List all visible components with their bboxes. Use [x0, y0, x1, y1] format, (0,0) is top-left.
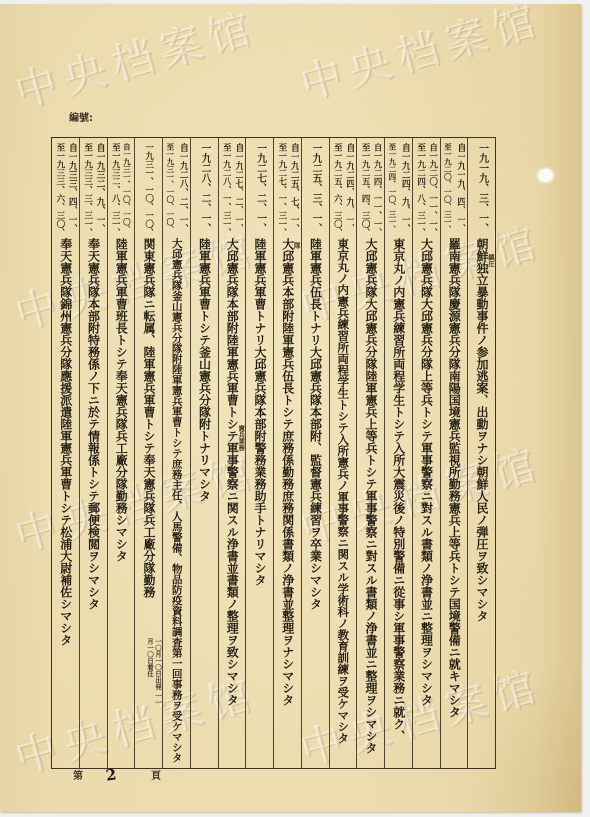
entry-description: 大邱憲兵隊本部附陸軍憲兵軍曹トシテ軍事警察ニ関スル浄書並書類ノ整理ヲ致シマシタ — [219, 238, 246, 763]
entry-date: 一九一九、三、一、 — [468, 143, 495, 237]
date-from: 自一九二四、一一、一、 — [371, 143, 382, 237]
record-entry: 自一九三一、一〇、一〇、至一九三二、八、三一、陸軍憲兵軍曹班長トシテ奉天憲兵隊兵… — [107, 138, 135, 768]
date-from: 自一九三三、四、一、 — [66, 143, 77, 237]
record-entry: 一九二七、二、一、陸軍憲兵軍曹トナリ大邱憲兵隊本部附警務業務助手トナリマシタ — [245, 138, 273, 768]
entry-description: 大邱憲兵隊大邱憲兵分隊上等兵トシテ軍事警察ニ對スル書類ノ浄書並ニ整理ヲシマシタ — [413, 238, 440, 763]
date-to: 至一九二五、四、三〇、 — [359, 143, 370, 237]
record-entry: 自一九一九、四、一、至一九二〇、一〇、三一、羅南憲兵隊慶源憲兵分隊南陽国境憲兵監… — [440, 138, 468, 768]
entry-annotation: 憲兵業務 — [237, 425, 245, 459]
entry-date: 自一九二四、九、一、至一九二五、六、三〇、 — [330, 143, 357, 237]
entry-description: 大邱憲兵隊大邱憲兵分隊陸軍憲兵上等兵トシテ軍事警察ニ對スル書類ノ浄書並ニ整理ヲシ… — [357, 238, 384, 763]
record-entry: 自一九二四、九、一、至一九二四、一〇、三一、東京丸ノ内憲兵練習所両程学生トシテ入… — [384, 138, 412, 768]
paper-hole — [538, 169, 553, 182]
record-entry: 自一九二八、二、一、至一九三一、一〇、一〇、大邱憲兵隊釜山憲兵分隊附陸軍憲兵軍曹… — [162, 138, 190, 768]
date-from: 自一九二五、七、一、 — [288, 143, 299, 237]
entry-date: 一九二五、三、一、 — [302, 143, 329, 237]
entry-date: 自一九二四、一一、一、至一九二五、四、三〇、 — [357, 143, 384, 237]
entry-date: 一九二八、二、一、 — [191, 143, 218, 237]
date-from: 自一九二八、二、一、 — [177, 143, 188, 237]
date-to: 至一九二四、八、三一、 — [415, 143, 426, 237]
page-prefix-label: 第 — [73, 772, 83, 782]
date-from: 自一九二四、九、一、 — [343, 143, 354, 237]
date-to: 至一九二〇、一〇、三一、 — [442, 143, 453, 237]
record-entry: 自一九二四、九、一、至一九二五、六、三〇、東京丸ノ内憲兵練習所両程学生トシテ入所… — [329, 138, 357, 768]
entry-description: 東京丸ノ内憲兵練習所両程学生トシテ入所憲兵ノ軍事警察ニ関スル学術科ノ教育訓練ヲ受… — [330, 238, 357, 763]
record-entry: 自一九二〇、一一、一、至一九二四、八、三一、大邱憲兵隊大邱憲兵分隊上等兵トシテ軍… — [412, 138, 440, 768]
entry-annotation: 鎮圧 — [487, 254, 495, 278]
date-to: 至一九二五、六、三〇、 — [331, 143, 342, 237]
entry-description: 陸軍憲兵軍曹トシテ釜山憲兵分隊附トナリマシタ — [191, 238, 218, 763]
entry-description: 陸軍憲兵軍曹班長トシテ奉天憲兵隊兵工廠分隊勤務シマシタ — [108, 238, 135, 763]
watermark: 中央档案馆 — [296, 4, 548, 106]
date-single: 一九二七、二、一、 — [253, 143, 267, 237]
date-to: 至一九三一、一〇、一〇、 — [165, 143, 176, 237]
entry-description: 朝鮮独立暴動事件ノ参加逃案、出動ヲナシ朝鮮人民ノ弾圧ヲ致シマシタ — [468, 238, 495, 763]
entry-description: 羅南憲兵隊慶源憲兵分隊南陽国境憲兵監視所勤務憲兵上等兵トシテ国境警備ニ就キマシタ — [441, 238, 468, 763]
date-to: 至一九二八、一、三一、 — [220, 143, 231, 237]
record-table: 一九一九、三、一、朝鮮独立暴動事件ノ参加逃案、出動ヲナシ朝鮮人民ノ弾圧ヲ致シマシ… — [51, 137, 496, 769]
date-to: 至一九二四、一〇、三一、 — [387, 143, 398, 237]
date-single: 一九二八、二、一、 — [197, 143, 211, 237]
record-entry: 自一九三三、四、一、至一九三三、六、三〇、奉天憲兵隊錦州憲兵分隊應援派遣陸軍憲兵… — [52, 138, 79, 768]
entry-description: 奉天憲兵隊本部附特務係ノ下ニ於テ情報係トシテ郵便検閲ヲシマシタ — [80, 238, 107, 763]
record-entry: 一九三一、一〇、一〇、関東憲兵隊ニ転属、陸軍憲兵軍曹トシテ奉天憲兵隊兵工廠分隊勤… — [134, 138, 162, 768]
date-to: 至一九三三、三、三一、 — [82, 143, 93, 237]
entry-date: 自一九二四、九、一、至一九二四、一〇、三一、 — [385, 143, 412, 237]
date-to: 至一九三二、八、三一、 — [109, 143, 120, 237]
date-single: 一九三一、一〇、一〇、 — [142, 143, 156, 237]
entry-date: 自一九二五、七、一、至一九二七、一、三一、 — [274, 143, 301, 237]
entry-date: 自一九一九、四、一、至一九二〇、一〇、三一、 — [441, 143, 468, 237]
page-number: 2 — [105, 767, 117, 783]
record-entry: 自一九二七、二、一、至一九二八、一、三一、大邱憲兵隊本部附陸軍憲兵軍曹トシテ軍事… — [218, 138, 246, 768]
page-suffix-label: 頁 — [151, 772, 161, 782]
form-number-label: 編號: — [69, 114, 93, 124]
record-entry: 一九一九、三、一、朝鮮独立暴動事件ノ参加逃案、出動ヲナシ朝鮮人民ノ弾圧ヲ致シマシ… — [467, 138, 495, 768]
date-from: 自一九二七、二、一、 — [232, 143, 243, 237]
date-single: 一九二五、三、一、 — [308, 143, 322, 237]
entry-description: 陸軍憲兵軍曹トナリ大邱憲兵隊本部附警務業務助手トナリマシタ — [246, 238, 273, 763]
date-to: 至一九三三、六、三〇、 — [54, 143, 65, 237]
record-entry: 一九二五、三、一、陸軍憲兵伍長トナリ大邱憲兵隊本部附、監督憲兵練習ヲ卒業シマシタ — [301, 138, 329, 768]
entry-date: 自一九二八、二、一、至一九三一、一〇、一〇、 — [163, 143, 190, 237]
entry-description: 東京丸ノ内憲兵練習所両程学生トシテ入所大震災後ノ特別警備ニ從事シ軍事警察業務ニ就… — [385, 238, 412, 763]
record-entry: 自一九二五、七、一、至一九二七、一、三一、大邱憲兵本部附陸軍憲兵伍長トシテ庶務係… — [273, 138, 301, 768]
date-from: 自一九三一、一〇、一〇、 — [121, 143, 132, 237]
date-from: 自一九二〇、一一、一、 — [427, 143, 438, 237]
entry-description: 大邱憲兵本部附陸軍憲兵伍長トシテ庶務係勤務庶務関係書類ノ浄書並整理ヲナシマシタ — [274, 238, 301, 763]
entry-description: 奉天憲兵隊錦州憲兵分隊應援派遣陸軍憲兵軍曹トシテ松浦大尉補佐シマシタ — [52, 238, 79, 763]
date-from: 自一九二四、九、一、 — [399, 143, 410, 237]
entry-annotation: 一〇月一〇日出発 一一月一〇日着任 — [146, 638, 162, 708]
watermark: 中央档案馆 — [11, 6, 263, 114]
date-from: 自一九一九、四、一、 — [454, 143, 465, 237]
document-page: 中央档案馆 中央档案馆 中央档案馆 中央档案馆 中央档案馆 中央档案馆 中央档案… — [0, 4, 581, 812]
date-from: 自一九三二、九、一、 — [94, 143, 105, 237]
date-to: 至一九二七、一、三一、 — [276, 143, 287, 237]
entry-date: 一九三一、一〇、一〇、 — [135, 143, 162, 237]
record-entry: 自一九三二、九、一、至一九三三、三、三一、奉天憲兵隊本部附特務係ノ下ニ於テ情報係… — [79, 138, 107, 768]
entry-description: 大邱憲兵隊釜山憲兵分隊附陸軍憲兵軍曹トシテ庶務主任、人馬警備、物品防疫資料調査第… — [163, 238, 190, 763]
entry-description: 陸軍憲兵伍長トナリ大邱憲兵隊本部附、監督憲兵練習ヲ卒業シマシタ — [302, 238, 329, 763]
entry-date: 自一九二七、二、一、至一九二八、一、三一、 — [219, 143, 246, 237]
entry-date: 一九二七、二、一、 — [246, 143, 273, 237]
entry-annotation: 隊 — [293, 242, 301, 254]
date-single: 一九一九、三、一、 — [475, 143, 489, 237]
entry-date: 自一九三一、一〇、一〇、至一九三二、八、三一、 — [108, 143, 135, 237]
record-entry: 自一九二四、一一、一、至一九二五、四、三〇、大邱憲兵隊大邱憲兵分隊陸軍憲兵上等兵… — [356, 138, 384, 768]
entry-date: 自一九三三、四、一、至一九三三、六、三〇、 — [52, 143, 79, 237]
entry-date: 自一九三二、九、一、至一九三三、三、三一、 — [80, 143, 107, 237]
entry-date: 自一九二〇、一一、一、至一九二四、八、三一、 — [413, 143, 440, 237]
record-entry: 一九二八、二、一、陸軍憲兵軍曹トシテ釜山憲兵分隊附トナリマシタ — [190, 138, 218, 768]
